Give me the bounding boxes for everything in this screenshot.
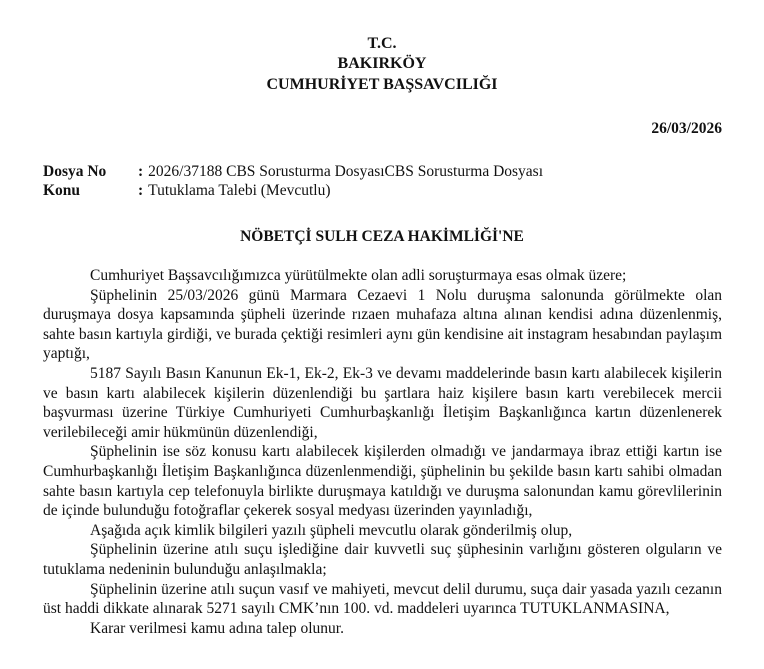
subject-label: Konu xyxy=(43,182,138,200)
paragraph: Şüphelinin ise söz konusu kartı alabilec… xyxy=(43,442,722,520)
header-district: BAKIRKÖY xyxy=(0,55,764,73)
paragraph: 5187 Sayılı Basın Kanunun Ek-1, Ek-2, Ek… xyxy=(43,364,722,442)
document-date: 26/03/2026 xyxy=(651,120,722,138)
paragraph: Şüphelinin üzerine atılı suçu işlediğine… xyxy=(43,540,722,579)
file-number-value: 2026/37188 CBS Sorusturma DosyasıCBS Sor… xyxy=(148,163,543,181)
subject-value: Tutuklama Talebi (Mevcutlu) xyxy=(148,182,330,200)
paragraph: Şüphelinin üzerine atılı suçun vasıf ve … xyxy=(43,580,722,619)
addressee: NÖBETÇİ SULH CEZA HAKİMLİĞİ'NE xyxy=(0,228,764,246)
file-number-row: Dosya No : 2026/37188 CBS Sorusturma Dos… xyxy=(43,163,543,181)
paragraph: Cumhuriyet Başsavcılığımızca yürütülmekt… xyxy=(43,266,722,286)
header-tc: T.C. xyxy=(0,35,764,53)
paragraph: Şüphelinin 25/03/2026 günü Marmara Cezae… xyxy=(43,286,722,364)
file-number-label: Dosya No xyxy=(43,163,138,181)
subject-row: Konu : Tutuklama Talebi (Mevcutlu) xyxy=(43,182,330,200)
paragraph: Karar verilmesi kamu adına talep olunur. xyxy=(43,619,722,639)
subject-separator: : xyxy=(138,182,143,200)
document-body: Cumhuriyet Başsavcılığımızca yürütülmekt… xyxy=(43,266,722,638)
paragraph: Aşağıda açık kimlik bilgileri yazılı şüp… xyxy=(43,521,722,541)
header-office: CUMHURİYET BAŞSAVCILIĞI xyxy=(0,76,764,94)
file-number-separator: : xyxy=(138,163,143,181)
